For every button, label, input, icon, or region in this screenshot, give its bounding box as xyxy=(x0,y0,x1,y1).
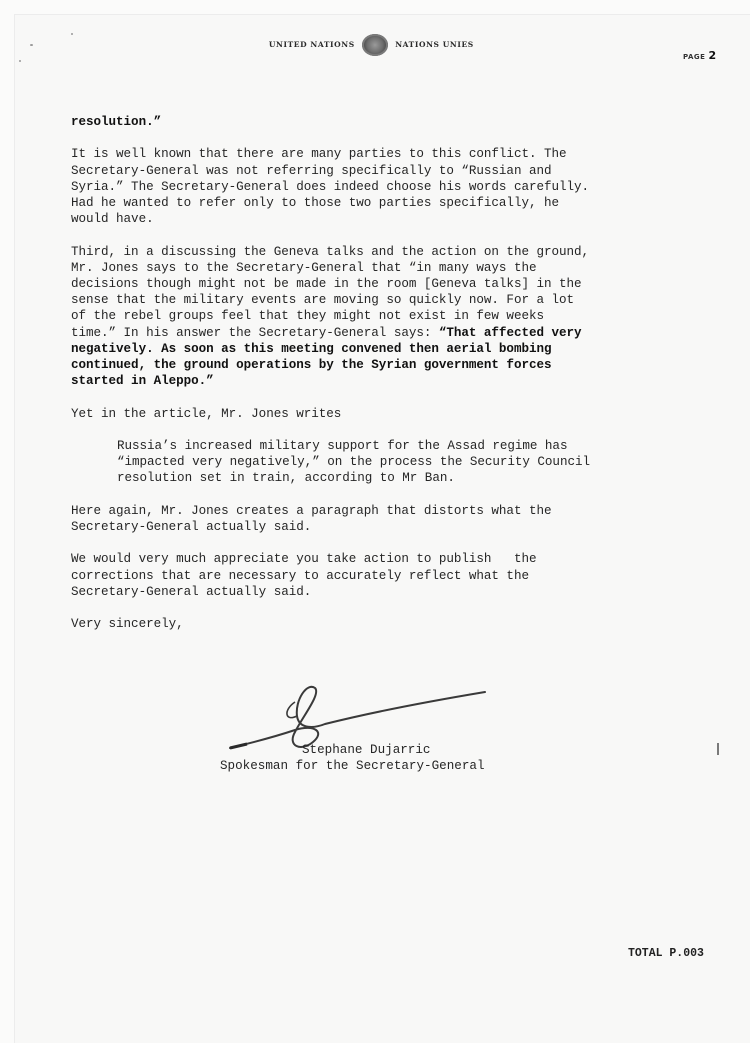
paragraph-distortion: Here again, Mr. Jones creates a paragrap… xyxy=(71,503,711,535)
letterhead: UNITED NATIONS NATIONS UNIES xyxy=(0,34,750,56)
paragraph-continuation: resolution.” xyxy=(71,114,711,130)
page-number: PAGE2 xyxy=(683,44,716,63)
paragraph-many-parties: It is well known that there are many par… xyxy=(71,146,711,227)
paragraph-request: We would very much appreciate you take a… xyxy=(71,551,711,600)
signatory-name: Stephane Dujarric xyxy=(302,742,485,758)
letter-body: resolution.” It is well known that there… xyxy=(71,114,711,649)
paragraph-article-intro: Yet in the article, Mr. Jones writes xyxy=(71,406,711,422)
page-label: PAGE xyxy=(683,53,705,61)
block-quote: Russia’s increased military support for … xyxy=(117,438,711,487)
signatory-title: Spokesman for the Secretary-General xyxy=(220,758,485,774)
closing: Very sincerely, xyxy=(71,616,711,632)
scan-speck xyxy=(19,60,21,62)
un-emblem-icon xyxy=(362,34,388,56)
letterhead-french: NATIONS UNIES xyxy=(395,35,487,55)
page-number-value: 2 xyxy=(708,49,716,62)
fax-total-pages: TOTAL P.003 xyxy=(628,947,704,960)
margin-mark xyxy=(717,743,719,755)
letterhead-english: UNITED NATIONS xyxy=(263,35,355,55)
paragraph-geneva-talks: Third, in a discussing the Geneva talks … xyxy=(71,244,711,390)
signature-block: Stephane Dujarric Spokesman for the Secr… xyxy=(220,742,485,774)
